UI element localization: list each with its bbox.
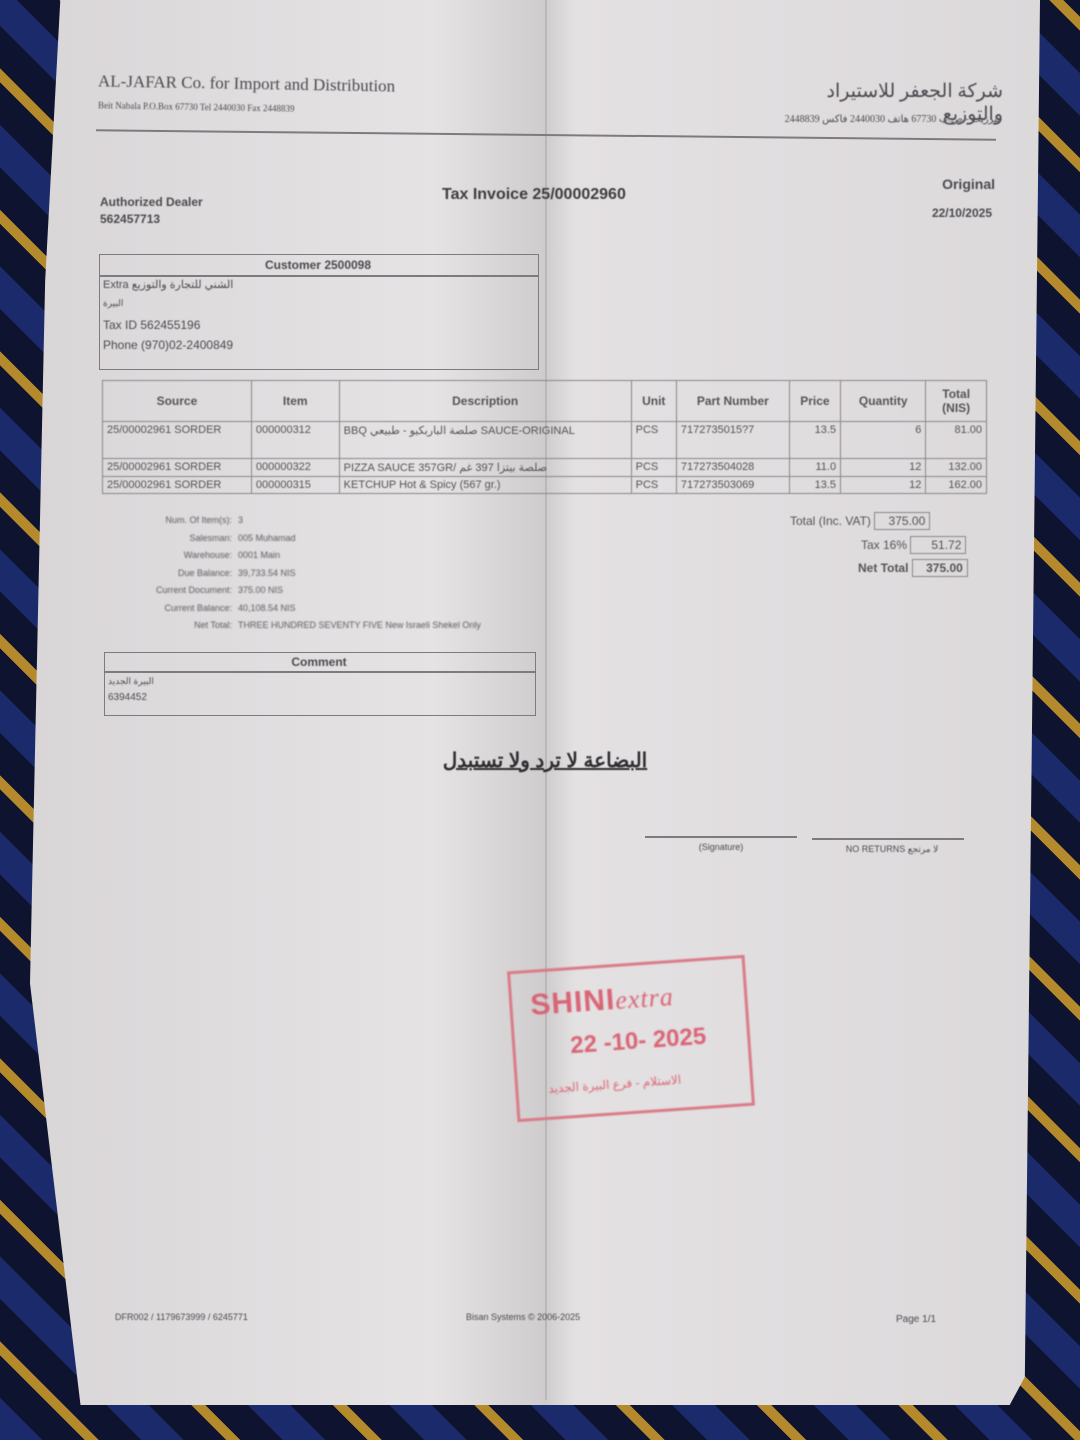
dealer-label: Authorized Dealer (100, 195, 203, 209)
customer-name: Extra الشني للتجارة والتوزيع (103, 278, 233, 291)
table-header-row: SourceItemDescriptionUnitPart NumberPric… (103, 381, 987, 422)
cell-item: 000000312 (251, 422, 339, 459)
summary-label: Num. Of Item(s): (100, 512, 232, 530)
summary-value: 40,108.54 NIS (238, 600, 481, 618)
returns-line (812, 838, 964, 840)
received-stamp: SHINIextra 22 -10- 2025 الاستلام - فرع ا… (507, 955, 755, 1122)
summary-value: 39,733.54 NIS (238, 565, 481, 583)
column-header: Part Number (676, 381, 789, 422)
invoice-title: Tax Invoice 25/00002960 (442, 186, 626, 204)
table-row: 25/00002961 SORDER000000322PIZZA SAUCE 3… (103, 459, 987, 477)
no-return-notice: البضاعة لا ترد ولا تستبدل (430, 748, 660, 773)
net-total-label: Net Total (858, 561, 908, 575)
summary-values: 3005 Muhamad0001 Main39,733.54 NIS375.00… (238, 512, 481, 635)
cell-qty: 6 (841, 422, 926, 459)
cell-source: 25/00002961 SORDER (103, 477, 252, 494)
cell-description: PIZZA SAUCE 357GR/ صلصة بيتزا 397 غم (339, 459, 631, 477)
cell-description: KETCHUP Hot & Spicy (567 gr.) (339, 477, 631, 494)
cell-item: 000000315 (251, 477, 339, 494)
tax-label: Tax 16% (861, 538, 907, 552)
net-total-row: Net Total 375.00 (858, 559, 968, 577)
customer-tax-id: Tax ID 562455196 (103, 318, 200, 332)
column-header: Description (339, 381, 631, 422)
column-header: Source (103, 381, 252, 422)
column-header: Total (NIS) (926, 381, 987, 422)
total-inc-vat-label: Total (Inc. VAT) (790, 514, 871, 528)
column-header: Price (789, 381, 840, 422)
cell-price: 13.5 (789, 477, 840, 494)
cell-price: 13.5 (789, 422, 840, 459)
cell-qty: 12 (841, 459, 926, 477)
total-inc-vat-value: 375.00 (874, 512, 930, 530)
signature-label: (Signature) (645, 842, 797, 852)
footer-left: DFR002 / 1179673999 / 6245771 (115, 1312, 248, 1322)
cell-part: 7172735015?7 (676, 422, 789, 459)
cell-part: 717273503069 (676, 477, 789, 494)
tax-value: 51.72 (910, 536, 966, 554)
cell-total: 162.00 (926, 477, 987, 494)
comment-line-1: البيرة الجديد (108, 676, 154, 687)
table-row: 25/00002961 SORDER000000312BBQ صلصة البا… (103, 422, 987, 459)
customer-heading: Customer 2500098 (99, 258, 537, 272)
cell-qty: 12 (841, 477, 926, 494)
cell-source: 25/00002961 SORDER (103, 459, 252, 477)
signature-line (645, 836, 797, 838)
footer-page: Page 1/1 (896, 1314, 936, 1325)
summary-label: Salesman: (100, 530, 232, 548)
summary-value: 375.00 NIS (238, 582, 481, 600)
total-inc-vat-row: Total (Inc. VAT) 375.00 (790, 512, 930, 530)
company-address-ar: بيرزيت - ص.ب 67730 هاتف 2440030 فاكس 244… (660, 114, 1000, 125)
net-total-value: 375.00 (912, 559, 968, 577)
cell-part: 717273504028 (676, 459, 789, 477)
comment-line-2: 6394452 (108, 692, 147, 703)
cell-unit: PCS (631, 422, 676, 459)
items-table: SourceItemDescriptionUnitPart NumberPric… (102, 380, 987, 494)
footer-center: Bisan Systems © 2006-2025 (466, 1312, 580, 1322)
returns-label: NO RETURNS لا مرتجع (812, 844, 972, 855)
table-row: 25/00002961 SORDER000000315KETCHUP Hot &… (103, 477, 987, 494)
summary-label: Current Document: (100, 582, 232, 600)
cell-item: 000000322 (251, 459, 339, 477)
summary-labels: Num. Of Item(s):Salesman:Warehouse:Due B… (100, 512, 232, 635)
fold-line (545, 0, 547, 1400)
cell-description: BBQ صلصة الباربكيو - طبيعي SAUCE-ORIGINA… (339, 422, 631, 459)
cell-source: 25/00002961 SORDER (103, 422, 252, 459)
cell-unit: PCS (631, 459, 676, 477)
stamp-subtitle: الاستلام - فرع البيرة الجديد (548, 1073, 682, 1096)
copy-type: Original (900, 176, 995, 192)
invoice-date: 22/10/2025 (900, 206, 992, 220)
dealer-id: 562457713 (100, 212, 160, 226)
cell-total: 132.00 (926, 459, 987, 477)
customer-city: البيرة (103, 298, 123, 309)
summary-label: Due Balance: (100, 565, 232, 583)
summary-value: 0001 Main (238, 547, 481, 565)
column-header: Item (251, 381, 339, 422)
cell-total: 81.00 (926, 422, 987, 459)
summary-value: THREE HUNDRED SEVENTY FIVE New Israeli S… (238, 617, 481, 635)
summary-label: Current Balance: (100, 600, 232, 618)
summary-label: Warehouse: (100, 547, 232, 565)
customer-phone: Phone (970)02-2400849 (103, 338, 233, 352)
column-header: Quantity (841, 381, 926, 422)
tax-row: Tax 16% 51.72 (861, 536, 966, 554)
summary-value: 3 (238, 512, 481, 530)
stamp-brand: SHINIextra (529, 979, 674, 1023)
cell-unit: PCS (631, 477, 676, 494)
cell-price: 11.0 (789, 459, 840, 477)
summary-value: 005 Muhamad (238, 530, 481, 548)
stamp-date: 22 -10- 2025 (569, 1023, 707, 1060)
comment-heading: Comment (104, 655, 534, 669)
column-header: Unit (631, 381, 676, 422)
summary-label: Net Total: (100, 617, 232, 635)
